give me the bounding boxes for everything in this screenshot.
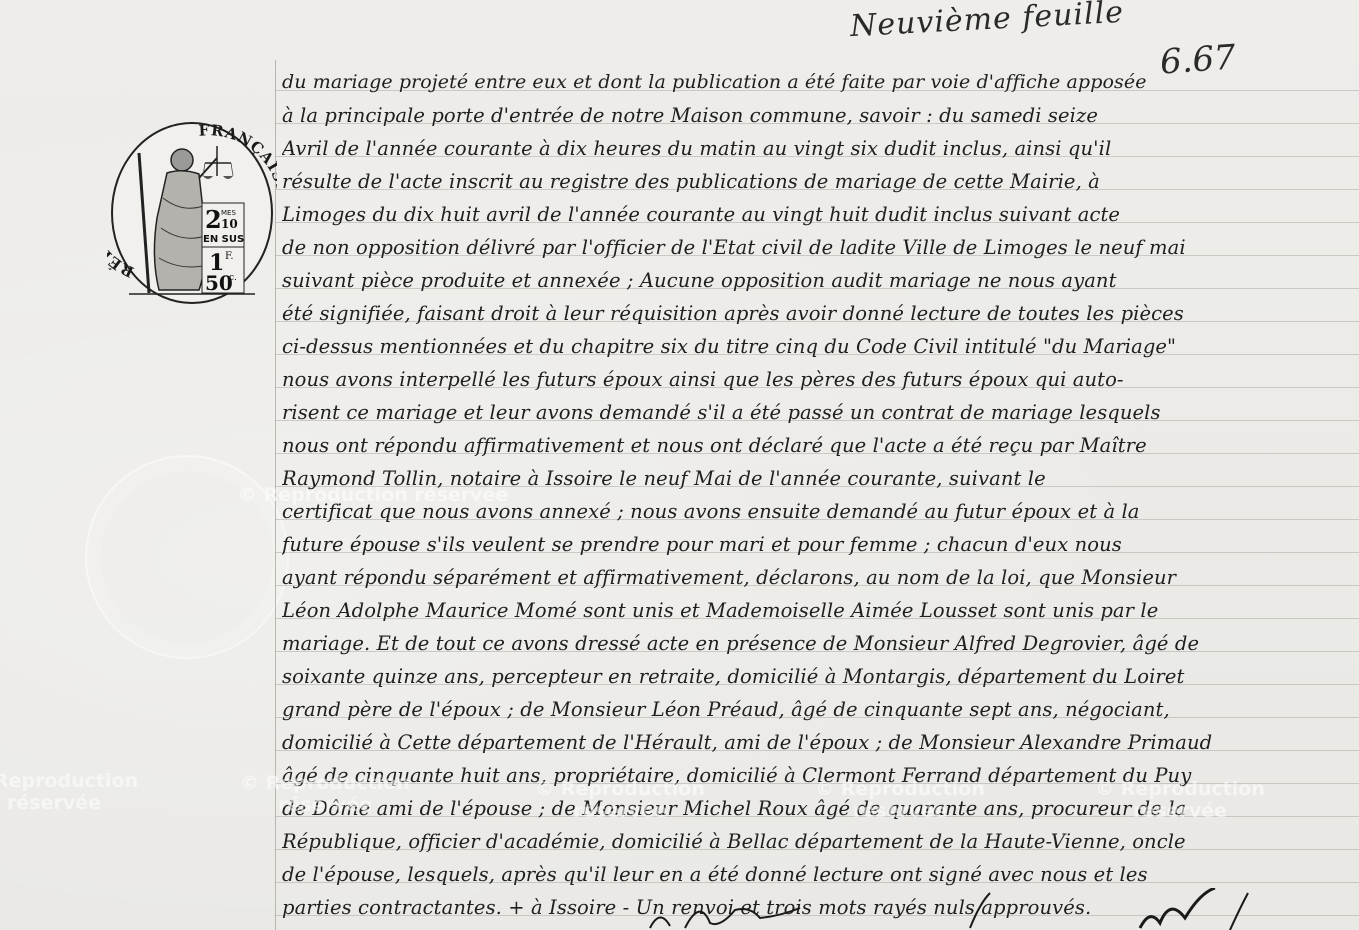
stamp-value-top: 2 (205, 205, 222, 234)
text-line: domicilié à Cette département de l'Hérau… (282, 726, 1342, 759)
text-line: ci-dessus mentionnées et du chapitre six… (282, 330, 1342, 363)
text-line: mariage. Et de tout ce avons dressé acte… (282, 627, 1342, 660)
text-line: Raymond Tollin, notaire à Issoire le neu… (282, 462, 1342, 495)
text-line: Limoges du dix huit avril de l'année cou… (282, 198, 1342, 231)
watermark: Reproduction réservée (0, 770, 114, 814)
stamp-cent-sup: c. (229, 273, 237, 283)
text-line: du mariage projeté entre eux et dont la … (282, 66, 1342, 99)
stamp-value-top-sub: 10 (221, 217, 238, 231)
text-line: nous ont répondu affirmativement et nous… (282, 429, 1342, 462)
register-page: Neuvième feuille 6.67 RÉPUBLIQUE FRANÇAI… (0, 0, 1359, 930)
text-line: de l'épouse, lesquels, après qu'il leur … (282, 858, 1342, 891)
text-line: âgé de cinquante huit ans, propriétaire,… (282, 759, 1342, 792)
text-line: Avril de l'année courante à dix heures d… (282, 132, 1342, 165)
text-line: de non opposition délivré par l'officier… (282, 231, 1342, 264)
handwritten-signatures-icon (640, 888, 1359, 930)
text-line: suivant pièce produite et annexée ; Aucu… (282, 264, 1342, 297)
text-line: résulte de l'acte inscrit au registre de… (282, 165, 1342, 198)
text-line: ayant répondu séparément et affirmativem… (282, 561, 1342, 594)
text-line: soixante quinze ans, percepteur en retra… (282, 660, 1342, 693)
text-line: République, officier d'académie, domicil… (282, 825, 1342, 858)
text-line: à la principale porte d'entrée de notre … (282, 99, 1342, 132)
stamp-value-mid: EN SUS (203, 234, 244, 245)
text-line: de Dôme ami de l'épouse ; de Monsieur Mi… (282, 792, 1342, 825)
text-line: risent ce mariage et leur avons demandé … (282, 396, 1342, 429)
marriage-act-text: du mariage projeté entre eux et dont la … (282, 66, 1342, 924)
text-line: nous avons interpellé les futurs époux a… (282, 363, 1342, 396)
text-line: future épouse s'ils veulent se prendre p… (282, 528, 1342, 561)
signatures (640, 888, 1359, 930)
stamp-franc-sup: F. (225, 251, 234, 262)
embossed-seal-icon (85, 455, 289, 659)
stamp-value-top-sup: MES (221, 209, 236, 217)
marianne-fiscal-stamp-icon: RÉPUBLIQUE FRANÇAISE 2 MES 10 EN SUS 1 (107, 118, 277, 308)
text-line: certificat que nous avons annexé ; nous … (282, 495, 1342, 528)
fiscal-stamp: RÉPUBLIQUE FRANÇAISE 2 MES 10 EN SUS 1 (107, 118, 277, 308)
text-line: Léon Adolphe Maurice Momé sont unis et M… (282, 594, 1342, 627)
text-line: été signifiée, faisant droit à leur réqu… (282, 297, 1342, 330)
text-line: grand père de l'époux ; de Monsieur Léon… (282, 693, 1342, 726)
sheet-number-note: Neuvième feuille (849, 0, 1125, 44)
